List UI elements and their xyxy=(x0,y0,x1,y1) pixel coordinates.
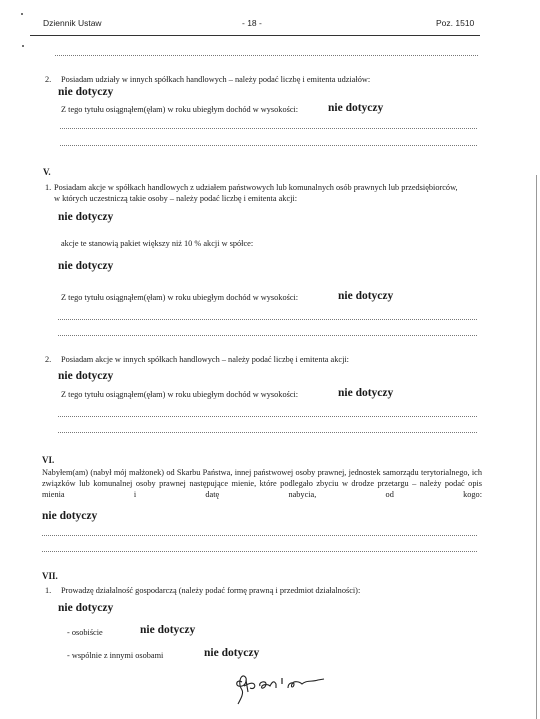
item-text: Posiadam udziały w innych spółkach handl… xyxy=(61,75,370,84)
item-number: 1. xyxy=(45,183,51,192)
scan-mark xyxy=(21,13,23,15)
dotted-line xyxy=(60,128,477,129)
header-rule xyxy=(30,35,480,36)
package-label: akcje te stanowią pakiet większy niż 10 … xyxy=(61,239,253,248)
income-value: nie dotyczy xyxy=(328,102,383,114)
answer-value: nie dotyczy xyxy=(58,602,113,614)
signature-icon xyxy=(232,670,328,706)
dotted-line xyxy=(58,335,477,336)
personal-label: - osobiście xyxy=(67,628,103,637)
item-text-line: w których uczestniczą takie osoby – nale… xyxy=(54,194,297,203)
item-number: 2. xyxy=(45,355,51,364)
income-label: Z tego tytułu osiągnąłem(ęłam) w roku ub… xyxy=(61,105,298,114)
journal-title: Dziennik Ustaw xyxy=(43,18,102,28)
dotted-line xyxy=(58,319,477,320)
item-number: 2. xyxy=(45,75,51,84)
scan-edge xyxy=(536,175,537,719)
item-number: 1. xyxy=(45,586,51,595)
answer-value: nie dotyczy xyxy=(42,510,97,522)
position-number: Poz. 1510 xyxy=(436,18,474,28)
dotted-line xyxy=(42,551,477,552)
dotted-line xyxy=(58,432,477,433)
income-value: nie dotyczy xyxy=(338,290,393,302)
item-text: Prowadzę działalność gospodarczą (należy… xyxy=(61,586,360,595)
joint-label: - wspólnie z innymi osobami xyxy=(67,651,163,660)
section-numeral: VI. xyxy=(42,455,54,465)
dotted-line xyxy=(60,145,477,146)
dotted-line xyxy=(58,416,477,417)
package-value: nie dotyczy xyxy=(58,260,113,272)
dotted-line xyxy=(55,55,478,56)
income-value: nie dotyczy xyxy=(338,387,393,399)
section-numeral: VII. xyxy=(42,571,58,581)
page-number: - 18 - xyxy=(242,18,262,28)
joint-value: nie dotyczy xyxy=(204,647,259,659)
item-text-line: Posiadam akcje w spółkach handlowych z u… xyxy=(54,183,458,192)
income-label: Z tego tytułu osiągnąłem(ęłam) w roku ub… xyxy=(61,293,298,302)
income-label: Z tego tytułu osiągnąłem(ęłam) w roku ub… xyxy=(61,390,298,399)
section-numeral: V. xyxy=(43,167,51,177)
answer-value: nie dotyczy xyxy=(58,86,113,98)
answer-value: nie dotyczy xyxy=(58,370,113,382)
item-text: Posiadam akcje w innych spółkach handlow… xyxy=(61,355,349,364)
scan-mark xyxy=(22,45,24,47)
section-text: Nabyłem(am) (nabył mój małżonek) od Skar… xyxy=(42,467,482,511)
personal-value: nie dotyczy xyxy=(140,624,195,636)
dotted-line xyxy=(42,535,477,536)
answer-value: nie dotyczy xyxy=(58,211,113,223)
